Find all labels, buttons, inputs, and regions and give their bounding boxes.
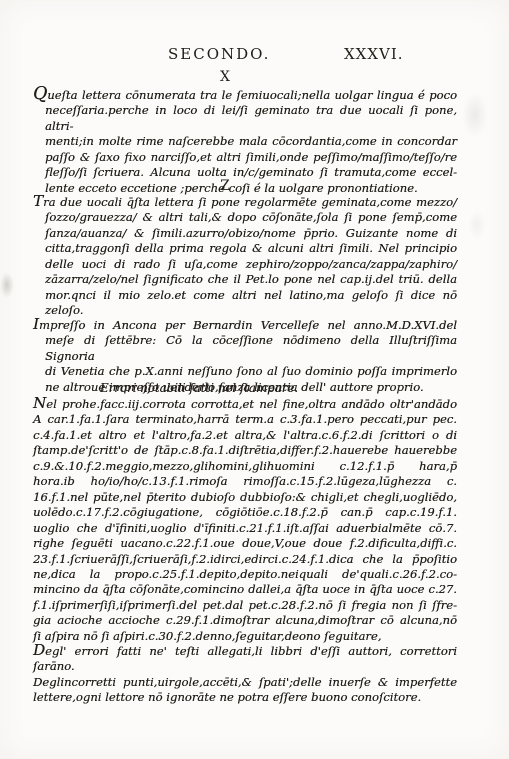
text-line: di Venetia che p.X.anni neſſuno ſono al …	[33, 364, 457, 379]
text-line: c.9.&.10.f.2.meggio,mezzo,glihomini,glih…	[33, 459, 457, 474]
errata-list: Nel prohe.facc.iij.corrota corrotta,et n…	[33, 396, 457, 644]
text-line: Queſta lettera cōnumerata tra le ſemiuoc…	[33, 86, 457, 103]
closing-note: Degl' errori fatti ne' teſti allegati,li…	[33, 643, 457, 706]
text-line: mor.qnci il mio zelo.et come altri nel l…	[33, 288, 457, 319]
text-line: Tra due uocali q̄ſta lettera ſi pone reg…	[33, 194, 457, 210]
folio-number: XXXVI.	[344, 45, 404, 63]
scanned-book-page: SECONDO. XXXVI. X Queſta lettera cōnumer…	[0, 0, 509, 759]
page-header: SECONDO. XXXVI.	[33, 45, 457, 61]
text-line: delle uoci di rado ſi uſa,come zephiro/z…	[33, 257, 457, 272]
running-title: SECONDO.	[168, 45, 270, 63]
text-line: Impreſſo in Ancona per Bernardin Vercell…	[33, 317, 457, 333]
text-line: citta,traggonſi della prima regola & alc…	[33, 241, 457, 256]
text-line: menti;in molte rime naſcerebbe mala cōco…	[33, 134, 457, 149]
text-line: righe ſeguēti uacano.c.22.f.1.oue doue,V…	[33, 536, 457, 551]
text-line: neceſſaria.perche in loco di lei/ſi gemi…	[33, 103, 457, 134]
text-line: 16.f.1.nel pūte,nel p̄terito dubioſo dub…	[33, 490, 457, 505]
scan-smudge	[468, 210, 486, 240]
text-line: f.1.iſprimerſiſi,iſprimerſi.del pet.dal …	[33, 598, 457, 613]
text-line: uoglio che d'īfiniti,uoglio d'īfiniti.c.…	[33, 521, 457, 536]
text-line: gia acioche accioche c.29.f.1.dimoſtrar …	[33, 613, 457, 628]
text-line: ſi aſpira nō ſi aſpiri.c.30.f.2.denno,ſe…	[33, 629, 457, 644]
text-line: Deglincorretti punti,uirgole,accēti,& ſp…	[33, 675, 457, 690]
text-line: A car.1.fa.1.ſara terminato,harrā term.a…	[33, 412, 457, 427]
scan-smudge	[462, 92, 488, 138]
text-line: ſtamp.de'ſcritt'o de ſtāp.c.8.fa.1.diſtr…	[33, 443, 457, 458]
text-line: paſſo & ſaxo fixo narciſſo,et altri ſimi…	[33, 150, 457, 165]
text-line: mincino da q̄ſta cōſonāte,comincino dall…	[33, 582, 457, 597]
text-line: ſanza/auanza/ & ſimili.azurro/obizo/nome…	[33, 226, 457, 241]
text-line: ne,dica la propo.c.25.f.1.depito,depito.…	[33, 567, 457, 582]
text-line: hora.ib ho/io/ho/c.13.f.1.rimoſa rimoſſa…	[33, 474, 457, 489]
text-line: Nel prohe.facc.iij.corrota corrotta,et n…	[33, 396, 457, 412]
text-line: 23.f.1.ſcriuerāſſi,ſcriuerāſi,f.2.idirci…	[33, 552, 457, 567]
section-heading-z: Z	[13, 178, 437, 194]
text-line: lettere,ogni lettore nō ignorāte ne potr…	[33, 690, 457, 705]
text-line: meſe di ſettēbre: Cō la cōceſſione nōdim…	[33, 333, 457, 364]
text-line: ſozzo/grauezza/ & altri tali,& dopo cōſo…	[33, 210, 457, 225]
errata-heading: Errori notabili fatti nel ſtampare.	[0, 381, 411, 395]
scan-smudge	[0, 272, 14, 298]
text-line: zāzarra/zelo/nel ſignificato che il Pet.…	[33, 272, 457, 287]
section-heading-x: X	[13, 69, 437, 85]
text-line: c.4.fa.1.et altro et l'altro,fa.2.et alt…	[33, 428, 457, 443]
paragraph-section-z: Tra due uocali q̄ſta lettera ſi pone reg…	[33, 194, 457, 319]
text-line: Degl' errori fatti ne' teſti allegati,li…	[33, 643, 457, 675]
text-line: uolēdo.c.17.f.2.cōgiugatione, cōgiōtiōe.…	[33, 505, 457, 520]
